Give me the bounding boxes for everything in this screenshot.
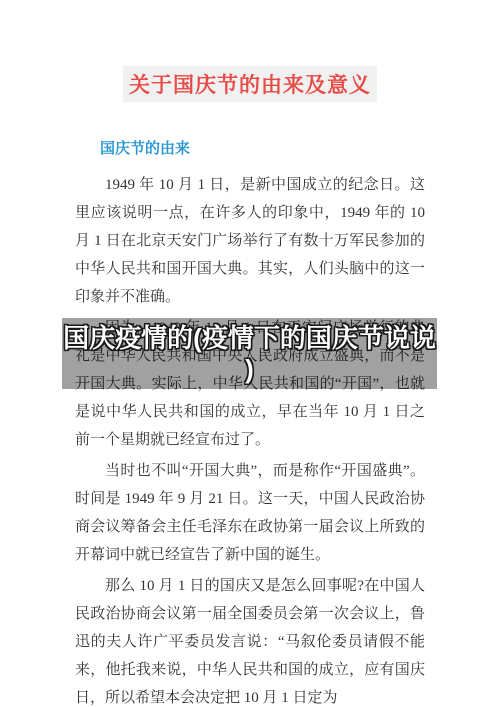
article-body: 国庆节的由来 1949 年 10 月 1 日，是新中国成立的纪念日。这里应该说明… <box>75 141 425 707</box>
watermark-text-line1: 国庆疫情的(疫情下的国庆节说说 <box>63 323 436 354</box>
watermark-text-line2: ) <box>245 354 254 385</box>
body-paragraph-4: 那么 10 月 1 日的国庆又是怎么回事呢?在中国人民政治协商会议第一届全国委员… <box>75 572 425 707</box>
title-row: 关于国庆节的由来及意义 <box>0 0 500 102</box>
document-page: 关于国庆节的由来及意义 国庆节的由来 1949 年 10 月 1 日，是新中国成… <box>0 0 500 707</box>
body-paragraph-1: 1949 年 10 月 1 日，是新中国成立的纪念日。这里应该说明一点，在许多人… <box>75 171 425 311</box>
section-heading: 国庆节的由来 <box>75 141 425 157</box>
page-title: 关于国庆节的由来及意义 <box>129 74 371 97</box>
watermark-overlay: 国庆疫情的(疫情下的国庆节说说 ) <box>62 318 437 389</box>
page-title-highlight: 关于国庆节的由来及意义 <box>123 66 377 102</box>
body-paragraph-3: 当时也不叫“开国大典”，而是称作“开国盛典”。时间是 1949 年 9 月 21… <box>75 457 425 569</box>
